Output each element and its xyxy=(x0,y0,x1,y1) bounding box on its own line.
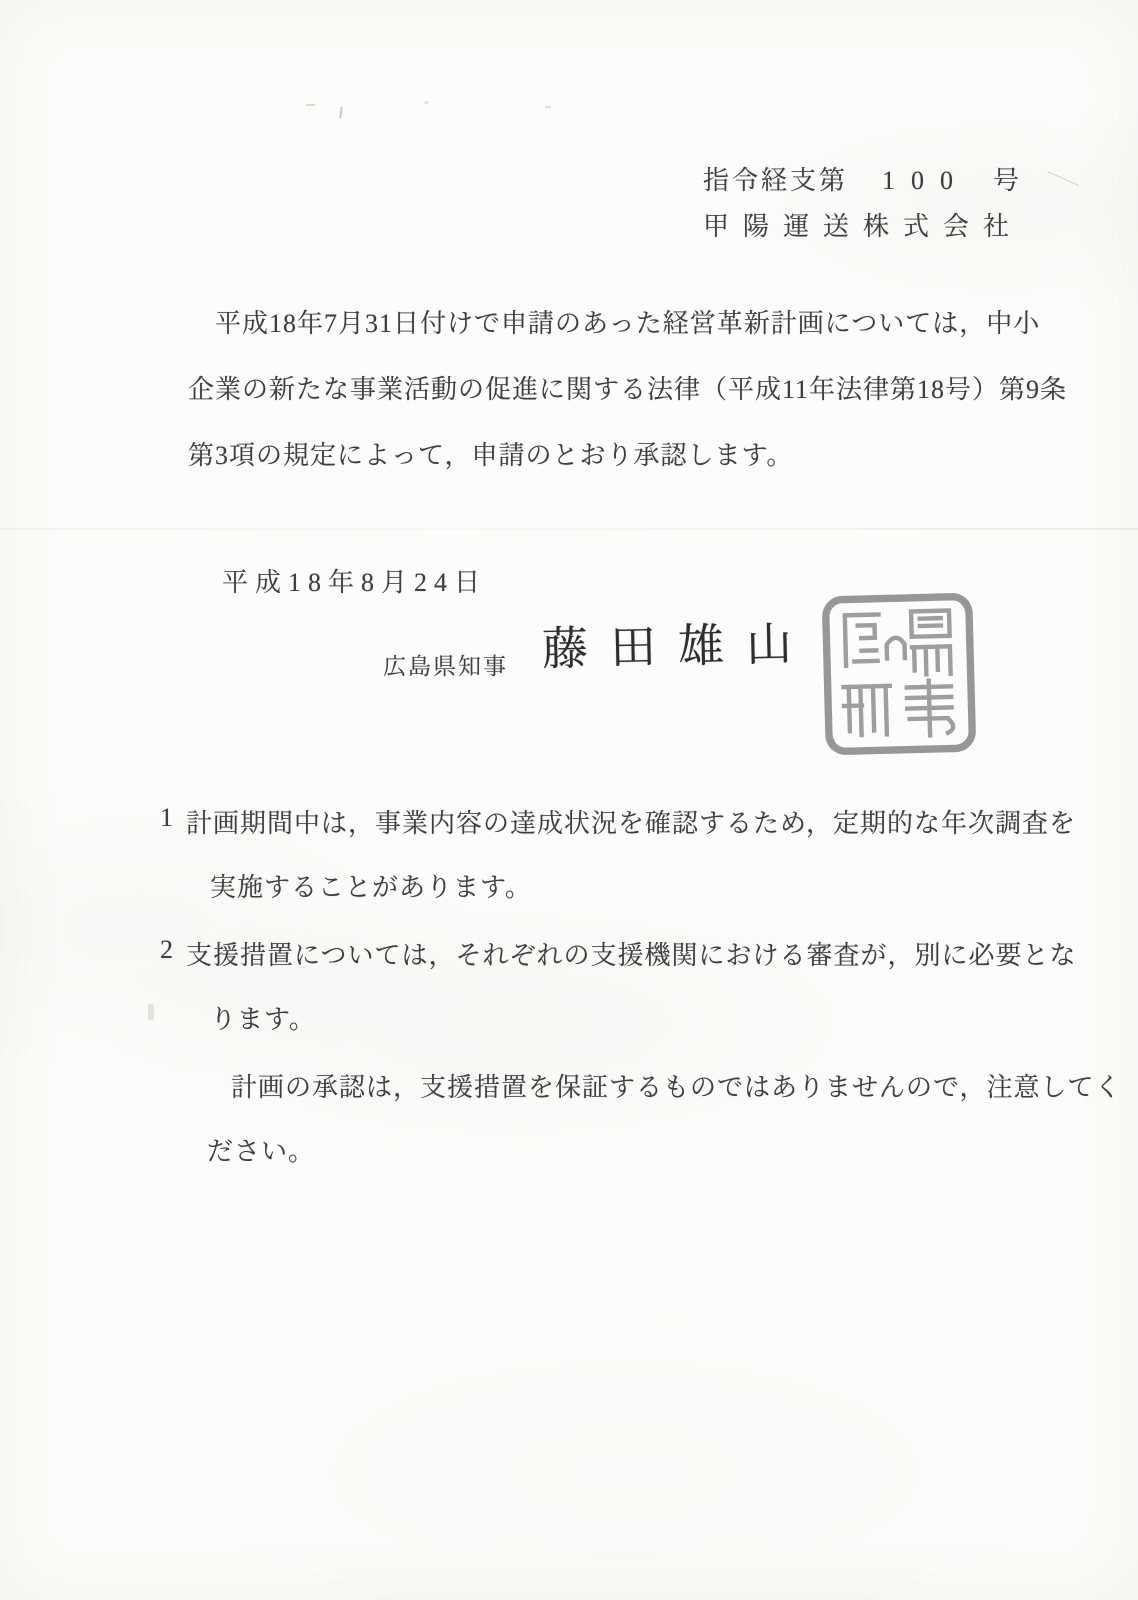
note-number: 1 xyxy=(160,803,174,833)
issue-date: 平成18年8月24日 xyxy=(222,562,487,599)
note-line: ります。 xyxy=(210,999,316,1036)
closing-line: ださい。 xyxy=(207,1131,315,1168)
body-paragraph-line: 平成18年7月31日付けで申請のあった経営革新計画については，中小 xyxy=(215,303,1040,340)
scan-speck xyxy=(148,1004,154,1020)
body-paragraph-line: 企業の新たな事業活動の促進に関する法律（平成11年法律第18号）第9条 xyxy=(188,369,1067,406)
signer-name-signature: 藤田雄山 xyxy=(541,607,814,679)
scan-speck xyxy=(306,104,315,106)
closing-line: 計画の承認は，支援措置を保証するものではありませんので，注意してく xyxy=(231,1067,1121,1104)
governor-seal-stamp-icon xyxy=(818,588,980,760)
document-page: 指令経支第 100 号 甲陽運送株式会社 平成18年7月31日付けで申請のあった… xyxy=(0,0,1138,1600)
scan-speck xyxy=(1047,171,1078,186)
doc-number-line: 指令経支第 100 号 xyxy=(703,160,1020,197)
paper-crease xyxy=(0,528,1138,530)
doc-number-value: 100 xyxy=(882,166,969,196)
addressee-company: 甲陽運送株式会社 xyxy=(703,206,1023,243)
note-line: 計画期間中は，事業内容の達成状況を確認するため，定期的な年次調査を xyxy=(186,803,1076,840)
doc-number-prefix: 指令経支第 xyxy=(703,160,848,197)
doc-number-suffix: 号 xyxy=(993,160,1020,197)
scan-speck xyxy=(424,101,429,104)
signer-title: 広島県知事 xyxy=(383,648,508,681)
scan-speck xyxy=(545,106,551,108)
note-number: 2 xyxy=(160,935,174,965)
scan-speck xyxy=(339,107,343,118)
body-paragraph-line: 第3項の規定によって，申請のとおり承認します。 xyxy=(188,435,793,472)
note-line: 実施することがあります。 xyxy=(210,867,532,904)
note-line: 支援措置については，それぞれの支援機関における審査が，別に必要とな xyxy=(186,935,1076,972)
